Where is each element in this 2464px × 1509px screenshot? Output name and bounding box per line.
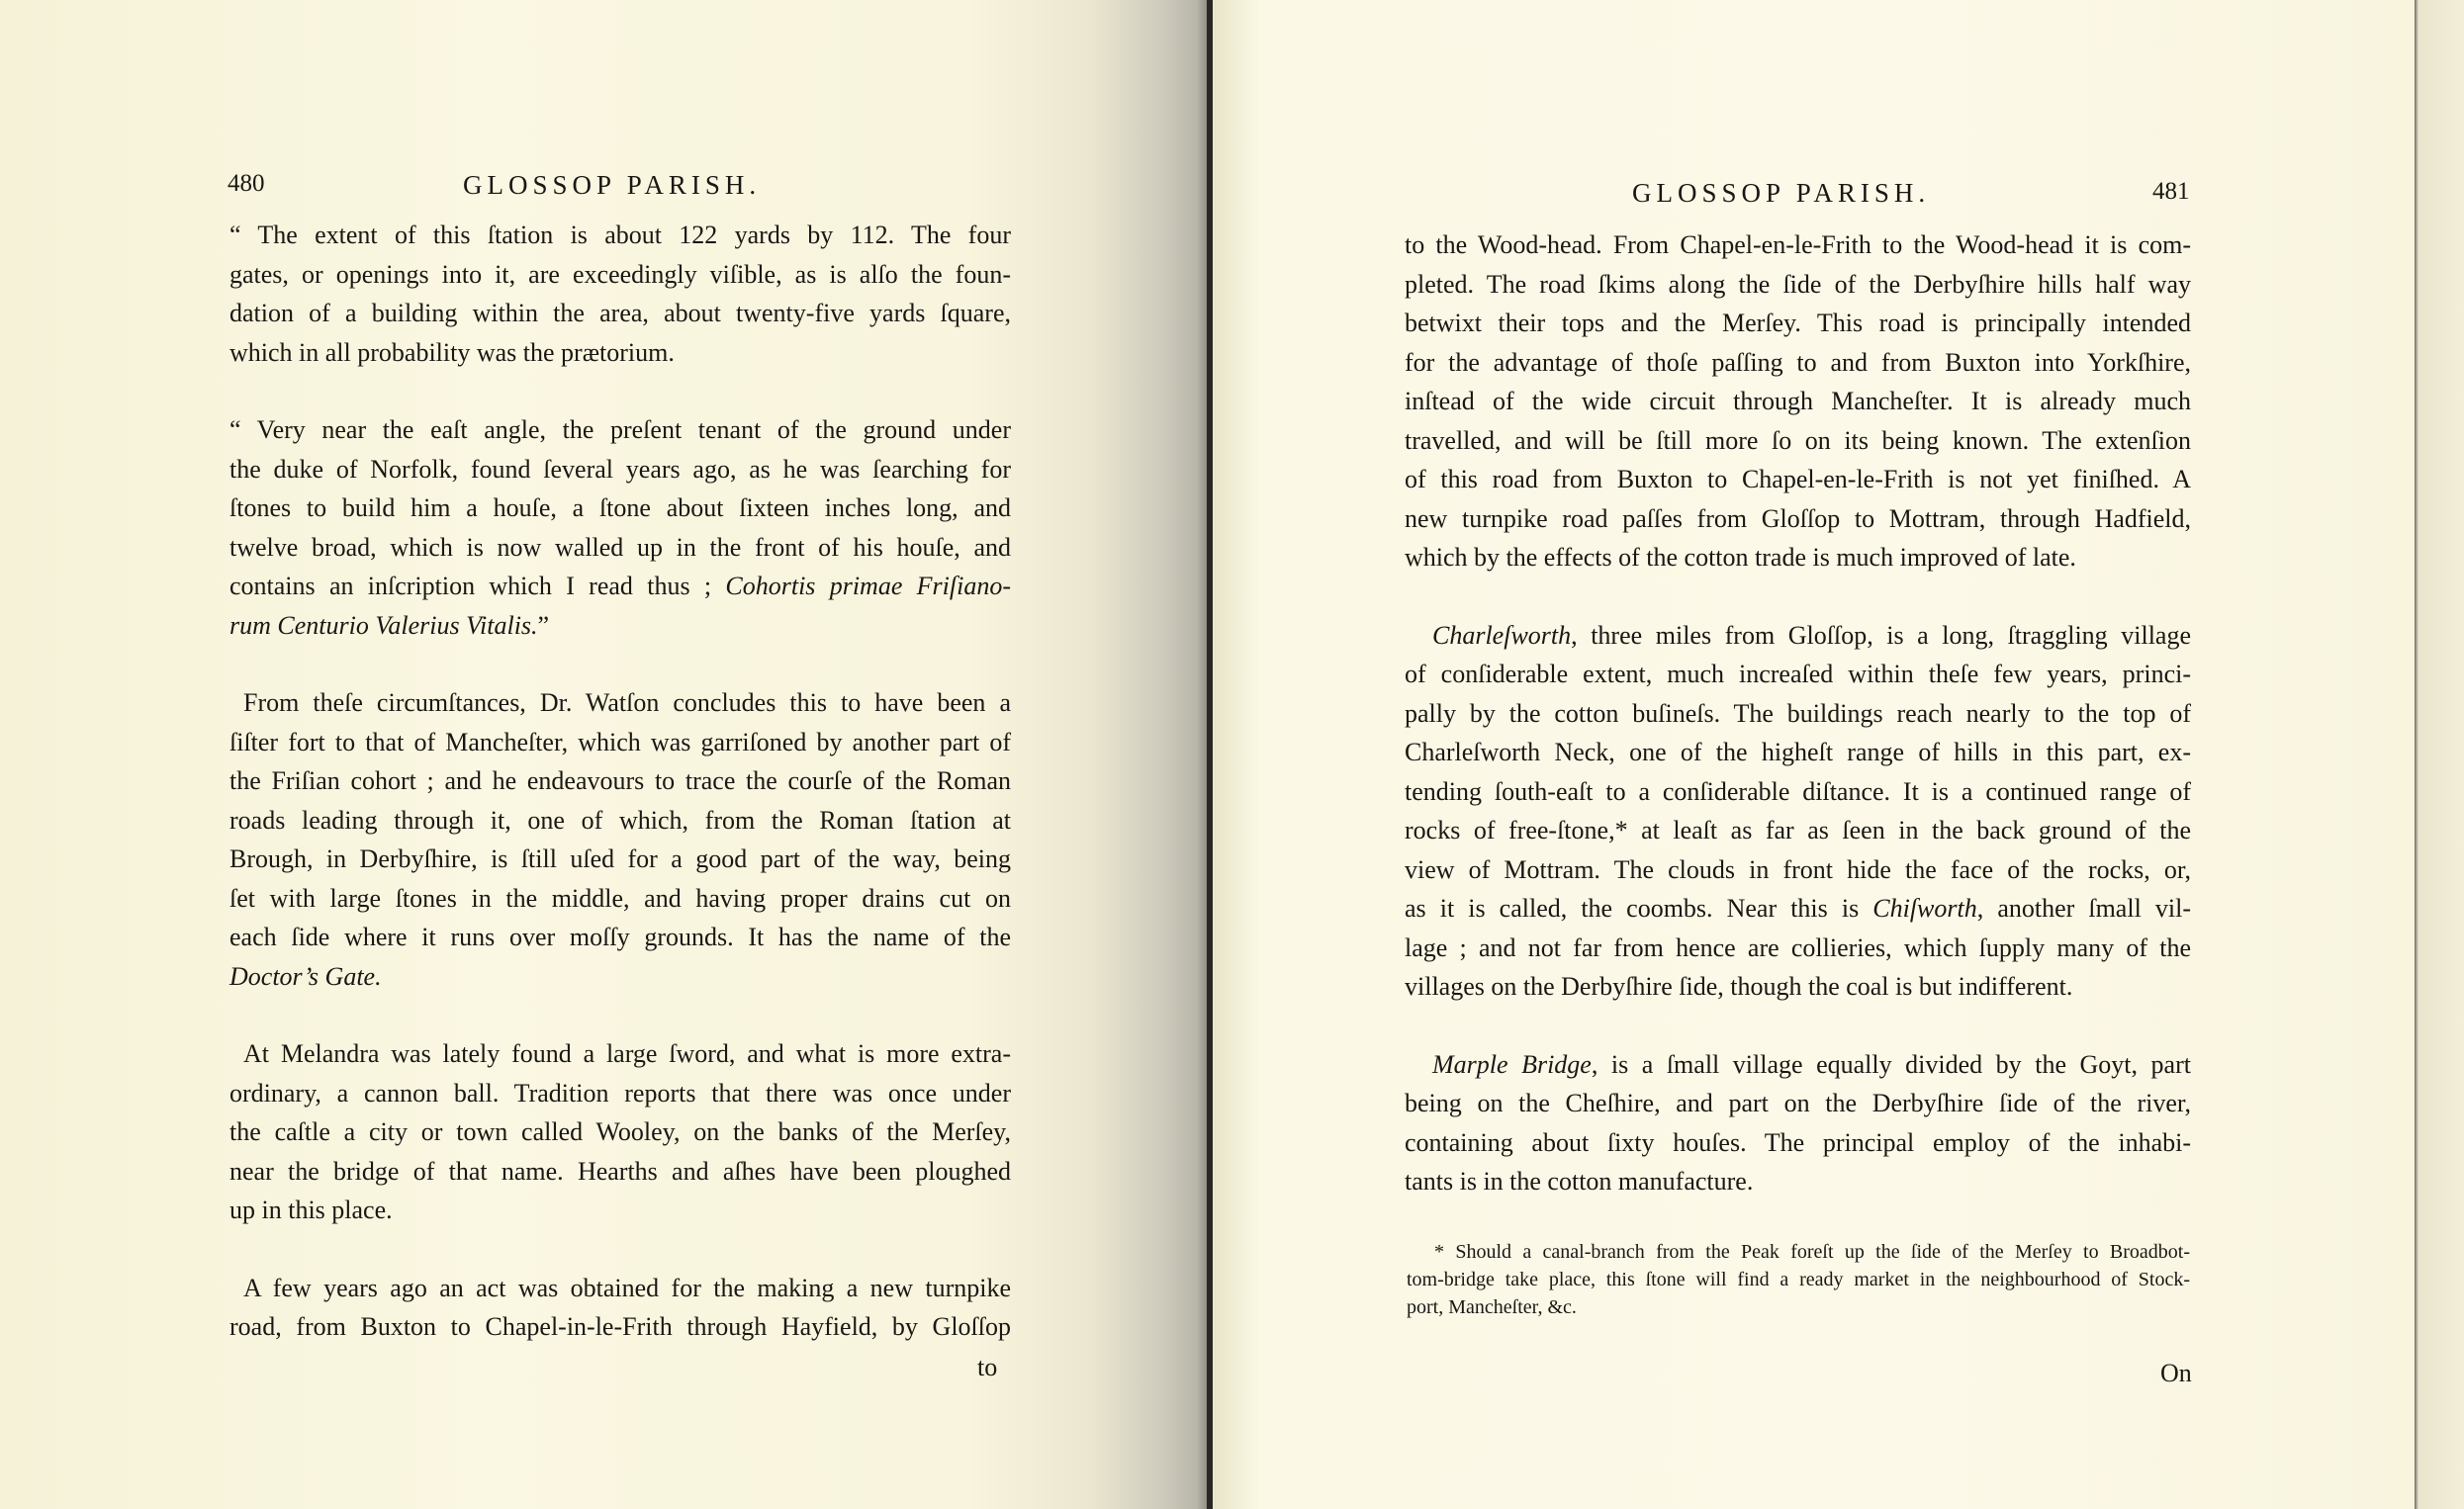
text-line: gates, or openings into it, are exceedin… [229, 255, 1011, 295]
text-line: pally by the cotton buſineſs. The buildi… [1405, 694, 2191, 734]
text-line: new turnpike road paſſes from Gloſſop to… [1405, 499, 2191, 539]
text-line: which by the effects of the cotton trade… [1405, 538, 2191, 577]
text-roman: as it is called, the coombs. Near this i… [1405, 894, 1872, 923]
running-head-right: GLOSSOP PARISH. [1632, 178, 1930, 209]
paragraph: From theſe circumſtances, Dr. Watſon con… [229, 683, 1011, 996]
text-line: the duke of Norfolk, found ſeveral years… [229, 450, 1011, 489]
latin-inscription: Cohortis primae Friſiano- [725, 572, 1011, 600]
paragraph: “ Very near the eaſt angle, the preſent … [229, 410, 1011, 645]
footnote: * Should a canal-branch from the Peak fo… [1407, 1238, 2190, 1321]
text-line: Marple Bridge, is a ſmall village equall… [1405, 1045, 2191, 1085]
paragraph-gap [229, 645, 1011, 683]
text-line: ſet with large ſtones in the middle, and… [229, 879, 1011, 919]
paragraph: Charleſworth, three miles from Gloſſop, … [1405, 616, 2191, 1007]
text-line: twelve broad, which is now walled up in … [229, 528, 1011, 568]
text-line: contains an inſcription which I read thu… [229, 567, 1011, 606]
text-line: Charleſworth Neck, one of the higheſt ra… [1405, 733, 2191, 772]
text-line: pleted. The road ſkims along the ſide of… [1405, 265, 2191, 305]
text-roman: , three miles from Gloſſop, is a long, ſ… [1571, 621, 2191, 650]
text-line: inſtead of the wide circuit through Manc… [1405, 382, 2191, 421]
catchword-right: On [2160, 1359, 2192, 1388]
text-line: ſtones to build him a houſe, a ſtone abo… [229, 488, 1011, 528]
paragraph: “ The extent of this ſtation is about 12… [229, 216, 1011, 372]
paragraph: A few years ago an act was obtained for … [229, 1269, 1011, 1347]
text-line: roads leading through it, one of which, … [229, 801, 1011, 841]
latin-inscription: rum Centurio Valerius Vitalis. [229, 611, 538, 640]
text-line: rocks of free-ſtone,* at leaſt as far as… [1405, 811, 2191, 850]
left-text-block: “ The extent of this ſtation is about 12… [229, 216, 1011, 1347]
place-name-chisworth: Chiſworth [1872, 894, 1976, 923]
paragraph: to the Wood-head. From Chapel-en-le-Frit… [1405, 225, 2191, 577]
text-line: of conſiderable extent, much increaſed w… [1405, 655, 2191, 694]
text-line: “ The extent of this ſtation is about 12… [229, 216, 1011, 255]
page-edge-right [2415, 0, 2464, 1509]
text-line: “ Very near the eaſt angle, the preſent … [229, 410, 1011, 450]
text-line: road, from Buxton to Chapel-in-le-Frith … [229, 1307, 1011, 1347]
paragraph: At Melandra was lately found a large ſwo… [229, 1034, 1011, 1230]
text-line: to the Wood-head. From Chapel-en-le-Frit… [1405, 225, 2191, 265]
text-line: ſiſter fort to that of Mancheſter, which… [229, 723, 1011, 762]
text-line: tants is in the cotton manufacture. [1405, 1162, 2191, 1201]
text-line: villages on the Derbyſhire ſide, though … [1405, 967, 2191, 1007]
book-spread: 480 GLOSSOP PARISH. “ The extent of this… [0, 0, 2464, 1509]
footnote-line: port, Mancheſter, &c. [1407, 1293, 2190, 1321]
text-line: Charleſworth, three miles from Gloſſop, … [1405, 616, 2191, 656]
running-head-left: GLOSSOP PARISH. [463, 170, 761, 201]
text-line: containing about ſixty houſes. The princ… [1405, 1123, 2191, 1163]
text-roman: contains an inſcription which I read thu… [229, 572, 725, 600]
footnote-line: tom-bridge take place, this ſtone will f… [1407, 1266, 2190, 1293]
closing-quote: ” [538, 611, 550, 640]
text-line: From theſe circumſtances, Dr. Watſon con… [229, 683, 1011, 723]
text-line: Brough, in Derbyſhire, is ſtill uſed for… [229, 840, 1011, 879]
text-line: the Friſian cohort ; and he endeavours t… [229, 761, 1011, 801]
text-line: lage ; and not far from hence are collie… [1405, 929, 2191, 968]
text-line: tending ſouth-eaſt to a conſiderable diſ… [1405, 772, 2191, 812]
paragraph: Marple Bridge, is a ſmall village equall… [1405, 1045, 2191, 1201]
right-page: GLOSSOP PARISH. 481 to the Wood-head. Fr… [1213, 0, 2415, 1509]
text-line: which in all probability was the prætori… [229, 333, 1011, 373]
right-text-block: to the Wood-head. From Chapel-en-le-Frit… [1405, 225, 2191, 1201]
text-line: of this road from Buxton to Chapel-en-le… [1405, 460, 2191, 499]
text-line: ordinary, a cannon ball. Tradition repor… [229, 1074, 1011, 1113]
text-line: rum Centurio Valerius Vitalis.” [229, 606, 1011, 646]
text-line: betwixt their tops and the Merſey. This … [1405, 304, 2191, 343]
text-line: dation of a building within the area, ab… [229, 294, 1011, 333]
text-line: Doctor’s Gate. [229, 957, 1011, 997]
footnote-line: * Should a canal-branch from the Peak fo… [1407, 1238, 2190, 1266]
place-name-marple-bridge: Marple Bridge [1432, 1050, 1592, 1079]
paragraph-gap [229, 1230, 1011, 1269]
text-line: near the bridge of that name. Hearths an… [229, 1152, 1011, 1192]
text-roman: , is a ſmall village equally divided by … [1592, 1050, 2191, 1079]
text-line: up in this place. [229, 1191, 1011, 1230]
catchword-left: to [977, 1353, 997, 1382]
text-line: each ſide where it runs over moſſy groun… [229, 918, 1011, 957]
page-number-left: 480 [228, 170, 265, 198]
text-roman: , another ſmall vil- [1977, 894, 2191, 923]
text-line: being on the Cheſhire, and part on the D… [1405, 1084, 2191, 1123]
page-number-right: 481 [2152, 178, 2190, 206]
text-line: view of Mottram. The clouds in front hid… [1405, 850, 2191, 890]
text-line: as it is called, the coombs. Near this i… [1405, 889, 2191, 929]
paragraph-gap [1405, 1007, 2191, 1045]
paragraph-gap [229, 996, 1011, 1034]
place-name-charlesworth: Charleſworth [1432, 621, 1571, 650]
text-line: travelled, and will be ſtill more ſo on … [1405, 421, 2191, 461]
text-line: A few years ago an act was obtained for … [229, 1269, 1011, 1308]
text-line: At Melandra was lately found a large ſwo… [229, 1034, 1011, 1074]
left-page: 480 GLOSSOP PARISH. “ The extent of this… [0, 0, 1209, 1509]
paragraph-gap [1405, 577, 2191, 616]
paragraph-gap [229, 372, 1011, 410]
text-line: the caſtle a city or town called Wooley,… [229, 1112, 1011, 1152]
text-line: for the advantage of thoſe paſſing to an… [1405, 343, 2191, 383]
